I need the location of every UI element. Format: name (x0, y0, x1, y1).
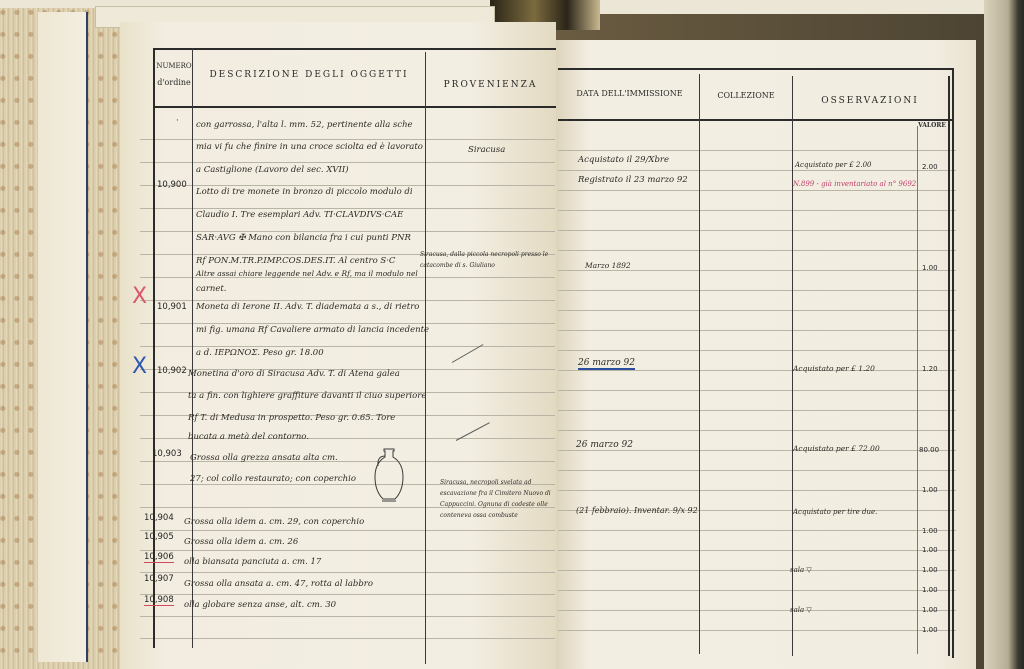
left-header-divider (153, 106, 558, 108)
valore-amount: 1.00 (922, 264, 938, 272)
valore-amount: 1.20 (922, 365, 938, 373)
header-descrizione: DESCRIZIONE DEGLI OGGETTI (194, 70, 424, 80)
blue-x-mark: X (132, 354, 147, 379)
valore-amount: 1.00 (922, 546, 938, 554)
valore-amount: 1.00 (922, 486, 938, 494)
entry-number: 10,904 (144, 513, 174, 523)
entry-number: 10,901 (157, 302, 187, 312)
amphora-sketch-icon (372, 447, 406, 503)
entry-number: 10,903 (152, 449, 182, 459)
provenienza-text: Siracusa (468, 145, 505, 155)
entry-number: 10,900 (157, 180, 187, 190)
header-valore: VALORE (916, 122, 948, 129)
inventory-crossref-note: N.899 - già inventariato al n° 9692 (793, 180, 916, 188)
header-provenienza: PROVENIENZA (428, 80, 553, 90)
col-divider-collezione (699, 74, 700, 654)
red-x-mark: X (132, 284, 147, 309)
valore-amount: 1.00 (922, 586, 938, 594)
flyleaf (38, 12, 88, 662)
valore-amount: 2.00 (922, 163, 938, 171)
header-data-immissione: DATA DELL'IMMISSIONE (562, 89, 697, 98)
book-cover-right (984, 0, 1024, 669)
entry-number: 10,908 (144, 595, 174, 606)
valore-amount: 1.00 (922, 527, 938, 535)
valore-amount: 80.00 (919, 446, 939, 454)
valore-amount: 1.00 (922, 566, 938, 574)
col-divider-provenienza (425, 52, 426, 664)
right-header-divider (558, 119, 954, 121)
header-collezione: COLLEZIONE (700, 91, 792, 100)
entry-number: 10,907 (144, 574, 174, 584)
header-osservazioni: OSSERVAZIONI (795, 96, 945, 106)
valore-amount: 1.00 (922, 606, 938, 614)
provenienza-text: Siracusa, dalla piccola necropoli presso… (420, 249, 555, 271)
entry-number: 10,906 (144, 552, 174, 563)
right-frame-inner (948, 76, 950, 656)
header-ordine: d'ordine (154, 78, 194, 87)
entry-number: 10,905 (144, 532, 174, 542)
provenienza-text: Siracusa, necropoli svelata ad escavazio… (440, 477, 555, 521)
valore-amount: 1.00 (922, 626, 938, 634)
col-divider-valore (917, 126, 918, 654)
entry-number: 10,902 (157, 366, 187, 376)
header-numero: NUMERO (156, 62, 192, 70)
